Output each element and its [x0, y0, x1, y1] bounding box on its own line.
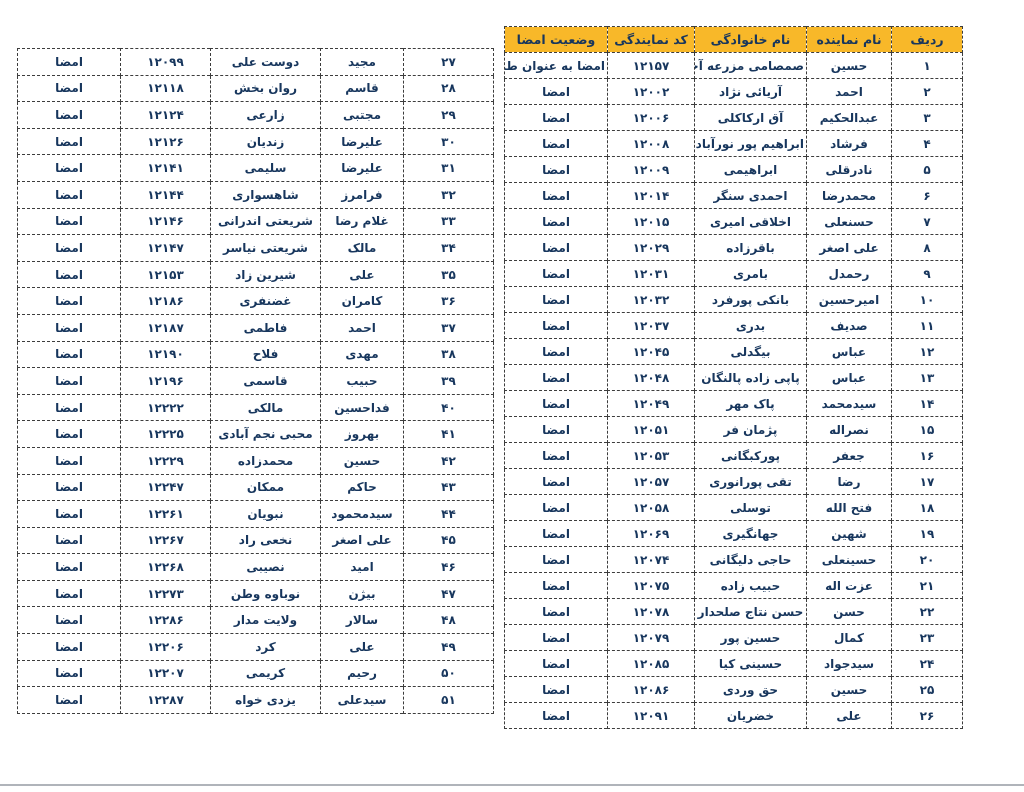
row-number-cell: ۱۰ [892, 287, 963, 313]
agency-code-cell: ۱۲۰۶۹ [608, 521, 695, 547]
first-name-cell: سیدجواد [807, 651, 892, 677]
agency-code-cell: ۱۲۱۸۷ [121, 314, 211, 341]
signature-status-cell: امضا [505, 521, 608, 547]
row-number-cell: ۷ [892, 209, 963, 235]
row-number-cell: ۱۸ [892, 495, 963, 521]
table-row: ۴۸سالارولایت مدار۱۲۲۸۶امضا [18, 607, 494, 634]
table-row: ۲۰حسینعلیحاجی دلیگانی۱۲۰۷۴امضا [505, 547, 963, 573]
first-name-cell: کامران [321, 288, 404, 315]
last-name-cell: قاسمی [211, 368, 321, 395]
table-row: ۱۹شهینجهانگیری۱۲۰۶۹امضا [505, 521, 963, 547]
header-first-name: نام نماینده [807, 27, 892, 53]
signature-status-cell: امضا [18, 580, 121, 607]
signature-status-cell: امضا [18, 314, 121, 341]
row-number-cell: ۲۱ [892, 573, 963, 599]
agency-code-cell: ۱۲۱۹۰ [121, 341, 211, 368]
header-signature-status: وضعیت امضا [505, 27, 608, 53]
table-row: ۶محمدرضااحمدی سنگر۱۲۰۱۴امضا [505, 183, 963, 209]
row-number-cell: ۲۷ [404, 49, 494, 76]
signature-status-cell: امضا [18, 447, 121, 474]
table-row: ۴۷بیژننوباوه وطن۱۲۲۷۳امضا [18, 580, 494, 607]
last-name-cell: نوباوه وطن [211, 580, 321, 607]
row-number-cell: ۳۴ [404, 235, 494, 262]
row-number-cell: ۳۵ [404, 261, 494, 288]
last-name-cell: دوست علی [211, 49, 321, 76]
row-number-cell: ۳۷ [404, 314, 494, 341]
last-name-cell: نصیبی [211, 554, 321, 581]
table-row: ۱۲عباسبیگدلی۱۲۰۴۵امضا [505, 339, 963, 365]
agency-code-cell: ۱۲۰۵۱ [608, 417, 695, 443]
last-name-cell: توسلی [695, 495, 807, 521]
signature-status-cell: امضا [505, 547, 608, 573]
signature-status-cell: امضا [18, 368, 121, 395]
agency-code-cell: ۱۲۰۷۹ [608, 625, 695, 651]
row-number-cell: ۲۲ [892, 599, 963, 625]
first-name-cell: حسن [807, 599, 892, 625]
last-name-cell: ولایت مدار [211, 607, 321, 634]
signature-status-cell: امضا به عنوان طراح [505, 53, 608, 79]
signature-status-cell: امضا [18, 660, 121, 687]
agency-code-cell: ۱۲۲۰۷ [121, 660, 211, 687]
signature-status-cell: امضا [18, 394, 121, 421]
first-name-cell: امیرحسین [807, 287, 892, 313]
row-number-cell: ۳۰ [404, 128, 494, 155]
row-number-cell: ۴۹ [404, 634, 494, 661]
first-name-cell: حبیب [321, 368, 404, 395]
signature-status-cell: امضا [18, 341, 121, 368]
agency-code-cell: ۱۲۰۳۷ [608, 313, 695, 339]
first-name-cell: بیژن [321, 580, 404, 607]
last-name-cell: شریعتی نیاسر [211, 235, 321, 262]
row-number-cell: ۵۰ [404, 660, 494, 687]
table-row: ۴۵علی اصغرنخعی راد۱۲۲۶۷امضا [18, 527, 494, 554]
last-name-cell: آق ارکاکلی [695, 105, 807, 131]
signature-status-cell: امضا [505, 599, 608, 625]
signature-roster-table-left: ۲۷مجیددوست علی۱۲۰۹۹امضا۲۸قاسمروان بخش۱۲۱… [17, 48, 494, 714]
last-name-cell: پاک مهر [695, 391, 807, 417]
signature-status-cell: امضا [18, 421, 121, 448]
last-name-cell: احمدی سنگر [695, 183, 807, 209]
table-row: ۳۳غلام رضاشریعتی اندرانی۱۲۱۴۶امضا [18, 208, 494, 235]
row-number-cell: ۳۱ [404, 155, 494, 182]
table-row: ۱۳عباسپاپی زاده پالنگان۱۲۰۴۸امضا [505, 365, 963, 391]
last-name-cell: فلاح [211, 341, 321, 368]
first-name-cell: فداحسین [321, 394, 404, 421]
row-number-cell: ۱۵ [892, 417, 963, 443]
last-name-cell: باقرزاده [695, 235, 807, 261]
agency-code-cell: ۱۲۰۲۹ [608, 235, 695, 261]
first-name-cell: مجتبی [321, 102, 404, 129]
signature-status-cell: امضا [505, 443, 608, 469]
table-row: ۴۲حسینمحمدزاده۱۲۲۲۹امضا [18, 447, 494, 474]
signature-status-cell: امضا [18, 49, 121, 76]
signature-status-cell: امضا [18, 75, 121, 102]
first-name-cell: سیدمحمود [321, 501, 404, 528]
agency-code-cell: ۱۲۲۸۷ [121, 687, 211, 714]
table-row: ۲۴سیدجوادحسینی کیا۱۲۰۸۵امضا [505, 651, 963, 677]
row-number-cell: ۳۸ [404, 341, 494, 368]
row-number-cell: ۳۲ [404, 181, 494, 208]
last-name-cell: خضریان [695, 703, 807, 729]
table-row: ۱۶جعفرپورکبگانی۱۲۰۵۳امضا [505, 443, 963, 469]
first-name-cell: علی اصغر [807, 235, 892, 261]
row-number-cell: ۱۳ [892, 365, 963, 391]
agency-code-cell: ۱۲۰۴۵ [608, 339, 695, 365]
last-name-cell: محمدزاده [211, 447, 321, 474]
last-name-cell: بیگدلی [695, 339, 807, 365]
row-number-cell: ۱۴ [892, 391, 963, 417]
header-last-name: نام خانوادگی [695, 27, 807, 53]
signature-status-cell: امضا [18, 235, 121, 262]
signature-status-cell: امضا [18, 501, 121, 528]
table-row: ۵۰رحیمکریمی۱۲۲۰۷امضا [18, 660, 494, 687]
agency-code-cell: ۱۲۲۶۱ [121, 501, 211, 528]
last-name-cell: آریائی نژاد [695, 79, 807, 105]
agency-code-cell: ۱۲۰۰۲ [608, 79, 695, 105]
first-name-cell: علیرضا [321, 128, 404, 155]
last-name-cell: حبیب زاده [695, 573, 807, 599]
row-number-cell: ۸ [892, 235, 963, 261]
signature-status-cell: امضا [505, 183, 608, 209]
scanned-document-page: { "colors": { "header_bg": "#F8B829", "r… [0, 0, 1024, 792]
signature-status-cell: امضا [505, 365, 608, 391]
signature-status-cell: امضا [505, 625, 608, 651]
agency-code-cell: ۱۲۱۹۶ [121, 368, 211, 395]
table-row: ۴۰فداحسینمالکی۱۲۲۲۲امضا [18, 394, 494, 421]
signature-status-cell: امضا [18, 607, 121, 634]
row-number-cell: ۱۷ [892, 469, 963, 495]
first-name-cell: فرامرز [321, 181, 404, 208]
table-row: ۵۱سیدعلییزدی خواه۱۲۲۸۷امضا [18, 687, 494, 714]
table-row: ۴فرشادابراهیم پور نورآبادی۱۲۰۰۸امضا [505, 131, 963, 157]
first-name-cell: حسنعلی [807, 209, 892, 235]
last-name-cell: شاهسواری [211, 181, 321, 208]
last-name-cell: زندیان [211, 128, 321, 155]
signature-status-cell: امضا [18, 208, 121, 235]
last-name-cell: مالکی [211, 394, 321, 421]
first-name-cell: علی [807, 703, 892, 729]
row-number-cell: ۴ [892, 131, 963, 157]
first-name-cell: حسین [807, 677, 892, 703]
table-row: ۴۳حاکمممکان۱۲۲۴۷امضا [18, 474, 494, 501]
table-row: ۲۳کمالحسین پور۱۲۰۷۹امضا [505, 625, 963, 651]
header-row-number: ردیف [892, 27, 963, 53]
row-number-cell: ۲۵ [892, 677, 963, 703]
first-name-cell: امید [321, 554, 404, 581]
table-row: ۲احمدآریائی نژاد۱۲۰۰۲امضا [505, 79, 963, 105]
row-number-cell: ۲۶ [892, 703, 963, 729]
last-name-cell: جهانگیری [695, 521, 807, 547]
row-number-cell: ۴۲ [404, 447, 494, 474]
signature-status-cell: امضا [505, 313, 608, 339]
signature-status-cell: امضا [18, 181, 121, 208]
row-number-cell: ۴۱ [404, 421, 494, 448]
table-row: ۴۱بهروزمحبی نجم آبادی۱۲۲۲۵امضا [18, 421, 494, 448]
agency-code-cell: ۱۲۲۲۲ [121, 394, 211, 421]
last-name-cell: پاپی زاده پالنگان [695, 365, 807, 391]
table-row: ۳۱علیرضاسلیمی۱۲۱۴۱امضا [18, 155, 494, 182]
first-name-cell: قاسم [321, 75, 404, 102]
table-row: ۳۹حبیبقاسمی۱۲۱۹۶امضا [18, 368, 494, 395]
signature-status-cell: امضا [505, 235, 608, 261]
agency-code-cell: ۱۲۲۶۷ [121, 527, 211, 554]
last-name-cell: سلیمی [211, 155, 321, 182]
first-name-cell: فتح الله [807, 495, 892, 521]
row-number-cell: ۱۲ [892, 339, 963, 365]
agency-code-cell: ۱۲۱۴۶ [121, 208, 211, 235]
first-name-cell: حسین [807, 53, 892, 79]
agency-code-cell: ۱۲۰۷۵ [608, 573, 695, 599]
signature-status-cell: امضا [18, 288, 121, 315]
signature-status-cell: امضا [505, 105, 608, 131]
row-number-cell: ۲ [892, 79, 963, 105]
first-name-cell: محمدرضا [807, 183, 892, 209]
last-name-cell: بامری [695, 261, 807, 287]
last-name-cell: فاطمی [211, 314, 321, 341]
table-row: ۲۵حسینحق وردی۱۲۰۸۶امضا [505, 677, 963, 703]
first-name-cell: حسینعلی [807, 547, 892, 573]
agency-code-cell: ۱۲۰۴۸ [608, 365, 695, 391]
first-name-cell: مالک [321, 235, 404, 262]
last-name-cell: حسن نتاج صلحدار [695, 599, 807, 625]
first-name-cell: نصراله [807, 417, 892, 443]
row-number-cell: ۳۶ [404, 288, 494, 315]
first-name-cell: احمد [321, 314, 404, 341]
row-number-cell: ۵ [892, 157, 963, 183]
last-name-cell: شریعتی اندرانی [211, 208, 321, 235]
first-name-cell: رحمدل [807, 261, 892, 287]
first-name-cell: فرشاد [807, 131, 892, 157]
row-number-cell: ۲۰ [892, 547, 963, 573]
agency-code-cell: ۱۲۱۸۶ [121, 288, 211, 315]
agency-code-cell: ۱۲۲۲۹ [121, 447, 211, 474]
signature-status-cell: امضا [505, 339, 608, 365]
first-name-cell: علیرضا [321, 155, 404, 182]
agency-code-cell: ۱۲۰۷۸ [608, 599, 695, 625]
last-name-cell: تقی پورانوری [695, 469, 807, 495]
agency-code-cell: ۱۲۱۵۷ [608, 53, 695, 79]
last-name-cell: ممکان [211, 474, 321, 501]
scan-edge-line [0, 784, 1024, 786]
first-name-cell: عباس [807, 365, 892, 391]
agency-code-cell: ۱۲۰۴۹ [608, 391, 695, 417]
first-name-cell: رحیم [321, 660, 404, 687]
agency-code-cell: ۱۲۰۹۹ [121, 49, 211, 76]
table-row: ۹رحمدلبامری۱۲۰۳۱امضا [505, 261, 963, 287]
first-name-cell: بهروز [321, 421, 404, 448]
last-name-cell: نخعی راد [211, 527, 321, 554]
last-name-cell: ابراهیمی [695, 157, 807, 183]
first-name-cell: عباس [807, 339, 892, 365]
signature-roster-table-right: ردیف نام نماینده نام خانوادگی کد نمایندگ… [504, 26, 963, 729]
first-name-cell: علی [321, 261, 404, 288]
first-name-cell: صدیف [807, 313, 892, 339]
last-name-cell: روان بخش [211, 75, 321, 102]
row-number-cell: ۲۳ [892, 625, 963, 651]
last-name-cell: نبویان [211, 501, 321, 528]
table-row: ۲۱عزت الهحبیب زاده۱۲۰۷۵امضا [505, 573, 963, 599]
last-name-cell: صمصامی مزرعه آخوند [695, 53, 807, 79]
row-number-cell: ۴۴ [404, 501, 494, 528]
table-row: ۱۱صدیفبدری۱۲۰۳۷امضا [505, 313, 963, 339]
signature-status-cell: امضا [18, 155, 121, 182]
row-number-cell: ۱۶ [892, 443, 963, 469]
last-name-cell: کرد [211, 634, 321, 661]
row-number-cell: ۴۳ [404, 474, 494, 501]
signature-status-cell: امضا [505, 703, 608, 729]
signature-status-cell: امضا [505, 417, 608, 443]
agency-code-cell: ۱۲۰۹۱ [608, 703, 695, 729]
signature-status-cell: امضا [18, 527, 121, 554]
table-row: ۲۹مجتبیزارعی۱۲۱۲۴امضا [18, 102, 494, 129]
signature-status-cell: امضا [505, 391, 608, 417]
table-row: ۱۴سیدمحمدپاک مهر۱۲۰۴۹امضا [505, 391, 963, 417]
agency-code-cell: ۱۲۱۱۸ [121, 75, 211, 102]
last-name-cell: اخلاقی امیری [695, 209, 807, 235]
last-name-cell: حق وردی [695, 677, 807, 703]
agency-code-cell: ۱۲۰۰۸ [608, 131, 695, 157]
signature-status-cell: امضا [18, 687, 121, 714]
signature-status-cell: امضا [505, 287, 608, 313]
table-row: ۱۸فتح اللهتوسلی۱۲۰۵۸امضا [505, 495, 963, 521]
last-name-cell: زارعی [211, 102, 321, 129]
row-number-cell: ۳ [892, 105, 963, 131]
agency-code-cell: ۱۲۱۵۳ [121, 261, 211, 288]
agency-code-cell: ۱۲۲۴۷ [121, 474, 211, 501]
row-number-cell: ۴۵ [404, 527, 494, 554]
first-name-cell: مهدی [321, 341, 404, 368]
table-row: ۳۰علیرضازندیان۱۲۱۲۶امضا [18, 128, 494, 155]
table-row: ۳۶کامرانغضنفری۱۲۱۸۶امضا [18, 288, 494, 315]
first-name-cell: عزت اله [807, 573, 892, 599]
last-name-cell: یزدی خواه [211, 687, 321, 714]
agency-code-cell: ۱۲۲۲۵ [121, 421, 211, 448]
agency-code-cell: ۱۲۲۸۶ [121, 607, 211, 634]
agency-code-cell: ۱۲۱۲۴ [121, 102, 211, 129]
first-name-cell: رضا [807, 469, 892, 495]
agency-code-cell: ۱۲۰۱۵ [608, 209, 695, 235]
last-name-cell: حسین پور [695, 625, 807, 651]
agency-code-cell: ۱۲۰۳۲ [608, 287, 695, 313]
table-row: ۷حسنعلیاخلاقی امیری۱۲۰۱۵امضا [505, 209, 963, 235]
first-name-cell: سیدعلی [321, 687, 404, 714]
row-number-cell: ۱۹ [892, 521, 963, 547]
signature-status-cell: امضا [505, 651, 608, 677]
first-name-cell: عبدالحکیم [807, 105, 892, 131]
last-name-cell: پژمان فر [695, 417, 807, 443]
agency-code-cell: ۱۲۰۳۱ [608, 261, 695, 287]
signature-status-cell: امضا [505, 209, 608, 235]
row-number-cell: ۳۹ [404, 368, 494, 395]
agency-code-cell: ۱۲۰۸۶ [608, 677, 695, 703]
agency-code-cell: ۱۲۲۶۸ [121, 554, 211, 581]
last-name-cell: غضنفری [211, 288, 321, 315]
first-name-cell: کمال [807, 625, 892, 651]
agency-code-cell: ۱۲۰۸۵ [608, 651, 695, 677]
agency-code-cell: ۱۲۱۴۷ [121, 235, 211, 262]
first-name-cell: سالار [321, 607, 404, 634]
last-name-cell: پورکبگانی [695, 443, 807, 469]
agency-code-cell: ۱۲۲۰۶ [121, 634, 211, 661]
first-name-cell: حاکم [321, 474, 404, 501]
first-name-cell: مجید [321, 49, 404, 76]
table-row: ۲۷مجیددوست علی۱۲۰۹۹امضا [18, 49, 494, 76]
signature-status-cell: امضا [18, 474, 121, 501]
table-row: ۲۲حسنحسن نتاج صلحدار۱۲۰۷۸امضا [505, 599, 963, 625]
table-row: ۳۸مهدیفلاح۱۲۱۹۰امضا [18, 341, 494, 368]
last-name-cell: حاجی دلیگانی [695, 547, 807, 573]
signature-status-cell: امضا [505, 495, 608, 521]
signature-status-cell: امضا [505, 157, 608, 183]
signature-status-cell: امضا [18, 102, 121, 129]
row-number-cell: ۲۸ [404, 75, 494, 102]
signature-status-cell: امضا [505, 677, 608, 703]
table-row: ۳۷احمدفاطمی۱۲۱۸۷امضا [18, 314, 494, 341]
table-row: ۸علی اصغرباقرزاده۱۲۰۲۹امضا [505, 235, 963, 261]
table-row: ۱۵نصرالهپژمان فر۱۲۰۵۱امضا [505, 417, 963, 443]
row-number-cell: ۴۷ [404, 580, 494, 607]
agency-code-cell: ۱۲۰۱۴ [608, 183, 695, 209]
signature-status-cell: امضا [18, 634, 121, 661]
table-row: ۱حسینصمصامی مزرعه آخوند۱۲۱۵۷امضا به عنوا… [505, 53, 963, 79]
table-row: ۱۰امیرحسینبانکی پورفرد۱۲۰۳۲امضا [505, 287, 963, 313]
table-row: ۴۴سیدمحمودنبویان۱۲۲۶۱امضا [18, 501, 494, 528]
first-name-cell: علی [321, 634, 404, 661]
last-name-cell: بدری [695, 313, 807, 339]
last-name-cell: بانکی پورفرد [695, 287, 807, 313]
table-row: ۵نادرقلیابراهیمی۱۲۰۰۹امضا [505, 157, 963, 183]
agency-code-cell: ۱۲۰۵۷ [608, 469, 695, 495]
first-name-cell: غلام رضا [321, 208, 404, 235]
signature-status-cell: امضا [505, 131, 608, 157]
table-row: ۳عبدالحکیمآق ارکاکلی۱۲۰۰۶امضا [505, 105, 963, 131]
row-number-cell: ۴۶ [404, 554, 494, 581]
table-row: ۳۲فرامرزشاهسواری۱۲۱۴۴امضا [18, 181, 494, 208]
table-row: ۴۶امیدنصیبی۱۲۲۶۸امضا [18, 554, 494, 581]
agency-code-cell: ۱۲۰۰۹ [608, 157, 695, 183]
last-name-cell: ابراهیم پور نورآبادی [695, 131, 807, 157]
row-number-cell: ۳۳ [404, 208, 494, 235]
first-name-cell: جعفر [807, 443, 892, 469]
table-row: ۱۷رضاتقی پورانوری۱۲۰۵۷امضا [505, 469, 963, 495]
first-name-cell: حسین [321, 447, 404, 474]
agency-code-cell: ۱۲۰۰۶ [608, 105, 695, 131]
table-row: ۴۹علیکرد۱۲۲۰۶امضا [18, 634, 494, 661]
agency-code-cell: ۱۲۲۷۳ [121, 580, 211, 607]
table-row: ۲۸قاسمروان بخش۱۲۱۱۸امضا [18, 75, 494, 102]
agency-code-cell: ۱۲۱۴۴ [121, 181, 211, 208]
signature-status-cell: امضا [18, 128, 121, 155]
row-number-cell: ۲۴ [892, 651, 963, 677]
signature-status-cell: امضا [505, 261, 608, 287]
row-number-cell: ۱ [892, 53, 963, 79]
table-row: ۳۴مالکشریعتی نیاسر۱۲۱۴۷امضا [18, 235, 494, 262]
first-name-cell: احمد [807, 79, 892, 105]
table-row: ۲۶علیخضریان۱۲۰۹۱امضا [505, 703, 963, 729]
row-number-cell: ۵۱ [404, 687, 494, 714]
first-name-cell: نادرقلی [807, 157, 892, 183]
last-name-cell: حسینی کیا [695, 651, 807, 677]
last-name-cell: کریمی [211, 660, 321, 687]
agency-code-cell: ۱۲۱۲۶ [121, 128, 211, 155]
last-name-cell: شیرین زاد [211, 261, 321, 288]
header-agency-code: کد نمایندگی [608, 27, 695, 53]
row-number-cell: ۴۸ [404, 607, 494, 634]
agency-code-cell: ۱۲۰۵۸ [608, 495, 695, 521]
first-name-cell: سیدمحمد [807, 391, 892, 417]
agency-code-cell: ۱۲۱۴۱ [121, 155, 211, 182]
first-name-cell: شهین [807, 521, 892, 547]
